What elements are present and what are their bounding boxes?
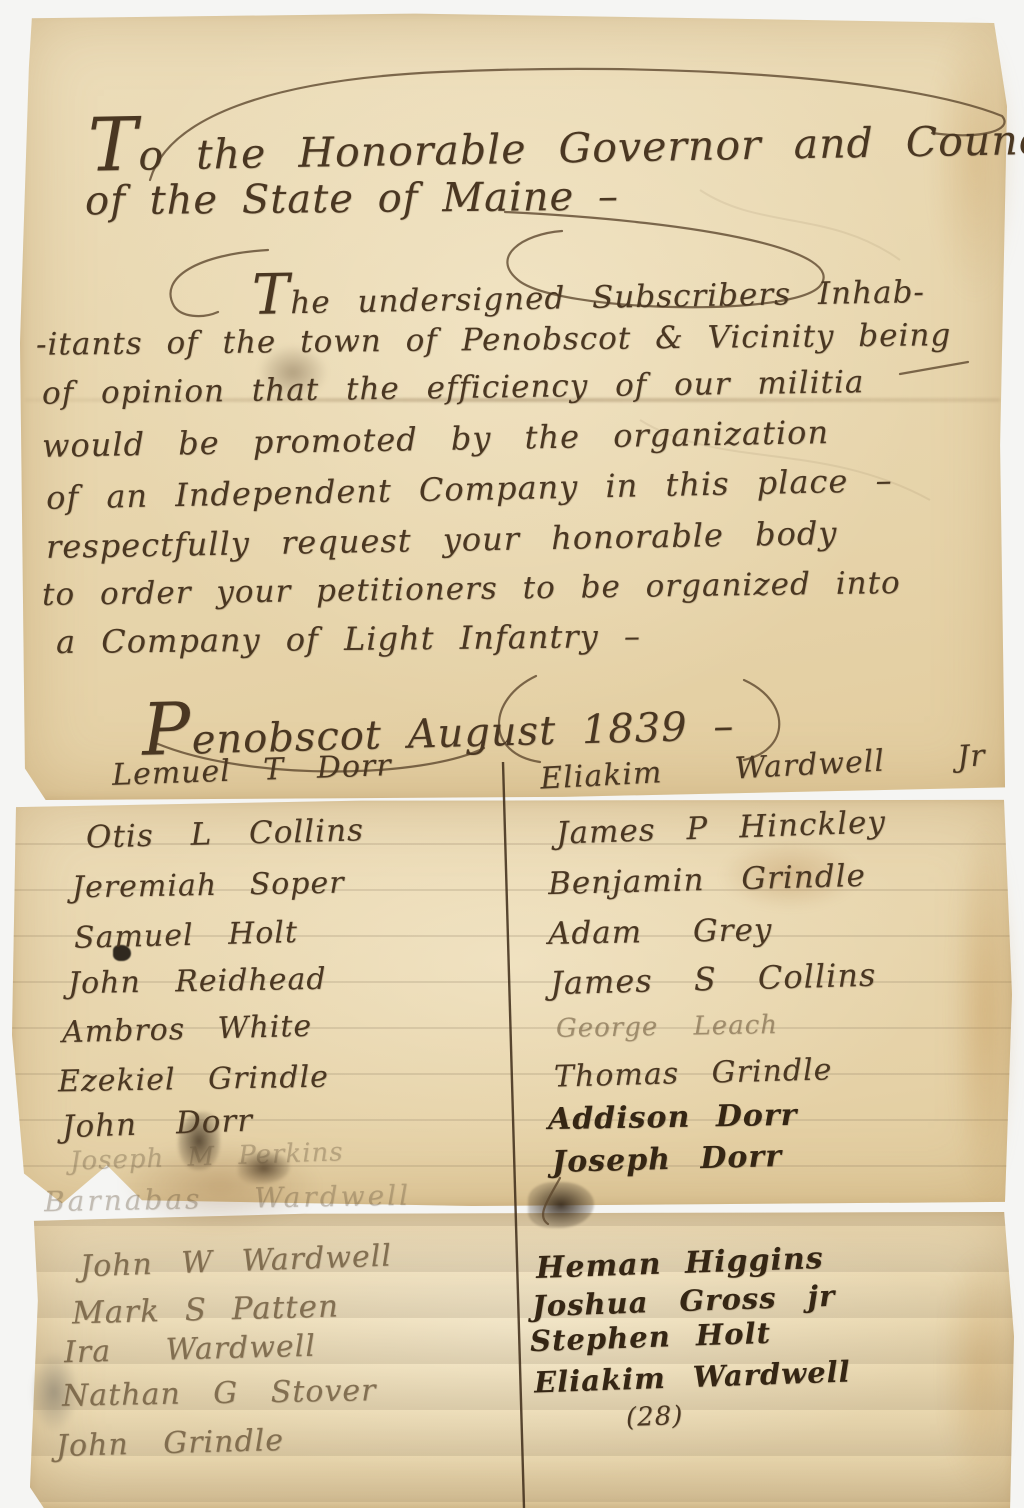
signature: John Reidhead (68, 962, 327, 1002)
signature: Ezekiel Grindle (58, 1060, 329, 1100)
signature: Ambros White (62, 1009, 313, 1051)
signature: Mark S Patten (72, 1289, 340, 1332)
scanned-document-page: To the Honorable Governor and Council of… (0, 0, 1024, 1508)
signature: John Grindle (56, 1423, 285, 1464)
signature: George Leach (556, 1010, 778, 1044)
signature: Addison Dorr (548, 1098, 798, 1137)
signature: Joseph Dorr (552, 1139, 783, 1180)
signature: Otis L Collins (86, 812, 365, 855)
signature: Adam Grey (548, 912, 773, 952)
signature: Samuel Holt (74, 915, 299, 956)
signature: Jeremiah Soper (72, 866, 345, 906)
signature: Nathan G Stover (62, 1373, 377, 1413)
signature-count: (28) (625, 1401, 683, 1433)
signature-faded: Barnabas Wardwell (44, 1179, 412, 1218)
body-line-8: a Company of Light Infantry – (56, 617, 641, 661)
signature: Ira Wardwell (64, 1329, 317, 1371)
signature: John Dorr (61, 1103, 253, 1146)
heading-line-2: of the State of Maine – (85, 174, 619, 225)
signature: Thomas Grindle (554, 1052, 833, 1094)
